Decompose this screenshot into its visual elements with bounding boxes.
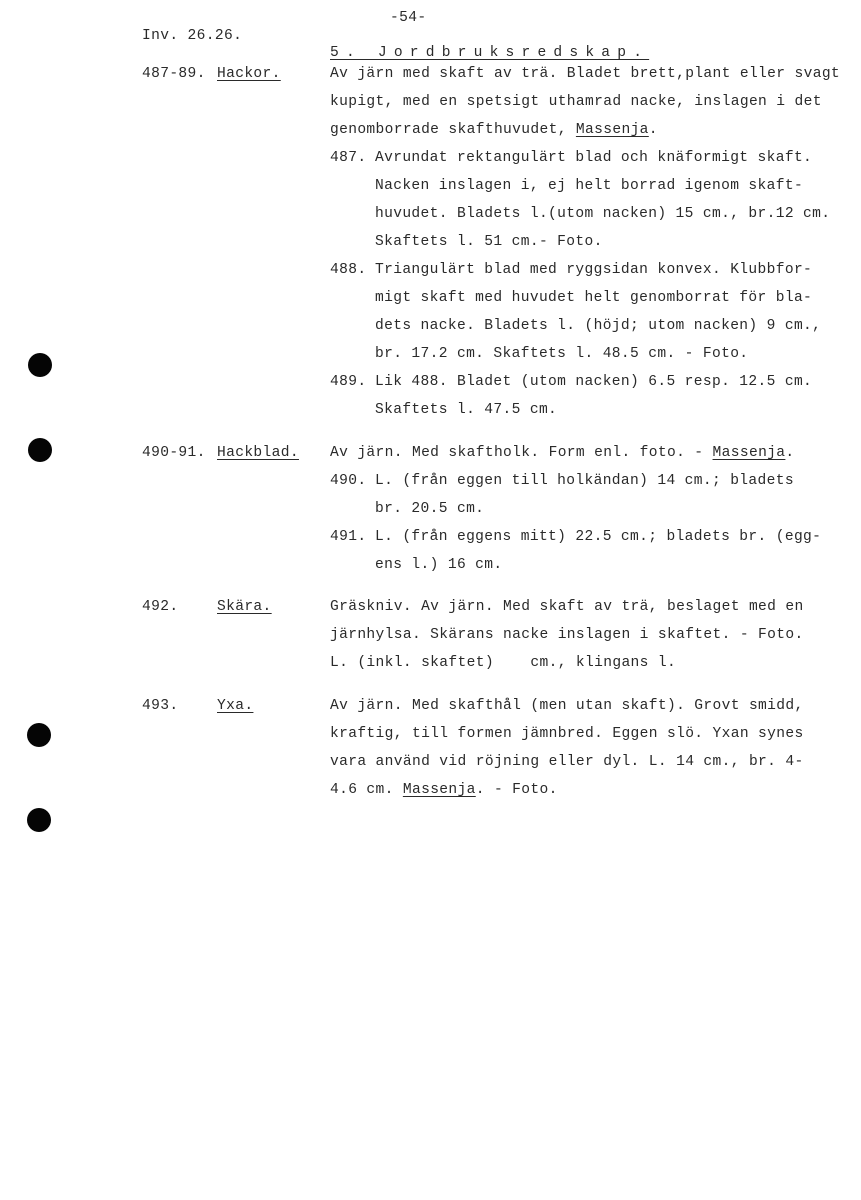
- entry-number: 487-89.: [142, 66, 206, 82]
- sub-entry-line: huvudet. Bladets l.(utom nacken) 15 cm.,…: [375, 206, 830, 222]
- punch-hole: [28, 353, 52, 377]
- entry-number: 490-91.: [142, 445, 206, 461]
- entry-number: 493.: [142, 698, 178, 714]
- sub-entry-line: L. (från eggens mitt) 22.5 cm.; bladets …: [375, 529, 821, 545]
- sub-entry-line: ens l.) 16 cm.: [375, 557, 503, 573]
- entry-name: Hackor.: [217, 66, 281, 82]
- location-massenja: Massenja: [576, 122, 649, 138]
- section-heading: 5. Jordbruksredskap.: [330, 45, 649, 61]
- sub-entry-line: Skaftets l. 47.5 cm.: [375, 402, 557, 418]
- entry-name: Yxa.: [217, 698, 253, 714]
- entry-text-line: 4.6 cm. Massenja. - Foto.: [330, 782, 558, 798]
- sub-entry-number: 488.: [330, 262, 366, 278]
- entry-text-line: Av järn. Med skaftholk. Form enl. foto. …: [330, 445, 795, 461]
- sub-entry-line: br. 20.5 cm.: [375, 501, 484, 517]
- punch-hole: [27, 723, 51, 747]
- punch-hole: [27, 808, 51, 832]
- sub-entry-number: 487.: [330, 150, 366, 166]
- punch-hole: [28, 438, 52, 462]
- sub-entry-line: dets nacke. Bladets l. (höjd; utom nacke…: [375, 318, 821, 334]
- sub-entry-number: 491.: [330, 529, 366, 545]
- sub-entry-number: 489.: [330, 374, 366, 390]
- entry-text-line: kraftig, till formen jämnbred. Eggen slö…: [330, 726, 804, 742]
- entry-text-line: genomborrade skafthuvudet, Massenja.: [330, 122, 658, 138]
- entry-name: Hackblad.: [217, 445, 299, 461]
- sub-entry-line: migt skaft med huvudet helt genomborrat …: [375, 290, 812, 306]
- entry-number: 492.: [142, 599, 178, 615]
- sub-entry-number: 490.: [330, 473, 366, 489]
- text-segment: .: [785, 445, 794, 461]
- entry-text-line: vara använd vid röjning eller dyl. L. 14…: [330, 754, 804, 770]
- sub-entry-line: Avrundat rektangulärt blad och knäformig…: [375, 150, 812, 166]
- location-massenja: Massenja: [403, 782, 476, 798]
- entry-text-line: järnhylsa. Skärans nacke inslagen i skaf…: [330, 627, 804, 643]
- sub-entry-line: L. (från eggen till holkändan) 14 cm.; b…: [375, 473, 794, 489]
- entry-text-line: L. (inkl. skaftet) cm., klingans l.: [330, 655, 676, 671]
- entry-text-line: Av järn. Med skafthål (men utan skaft). …: [330, 698, 804, 714]
- page-number: -54-: [390, 10, 426, 26]
- entry-name: Skära.: [217, 599, 272, 615]
- inventory-label: Inv. 26.26.: [142, 28, 242, 44]
- location-massenja: Massenja: [713, 445, 786, 461]
- sub-entry-line: br. 17.2 cm. Skaftets l. 48.5 cm. - Foto…: [375, 346, 748, 362]
- sub-entry-line: Nacken inslagen i, ej helt borrad igenom…: [375, 178, 803, 194]
- text-segment: .: [649, 122, 658, 138]
- entry-text-line: Av järn med skaft av trä. Bladet brett,p…: [330, 66, 840, 82]
- sub-entry-line: Skaftets l. 51 cm.- Foto.: [375, 234, 603, 250]
- text-segment: Av järn. Med skaftholk. Form enl. foto. …: [330, 445, 713, 461]
- sub-entry-line: Triangulärt blad med ryggsidan konvex. K…: [375, 262, 812, 278]
- text-segment: . - Foto.: [476, 782, 558, 798]
- sub-entry-line: Lik 488. Bladet (utom nacken) 6.5 resp. …: [375, 374, 812, 390]
- entry-text-line: kupigt, med en spetsigt uthamrad nacke, …: [330, 94, 822, 110]
- entry-text-line: Gräskniv. Av järn. Med skaft av trä, bes…: [330, 599, 804, 615]
- text-segment: 4.6 cm.: [330, 782, 403, 798]
- text-segment: genomborrade skafthuvudet,: [330, 122, 576, 138]
